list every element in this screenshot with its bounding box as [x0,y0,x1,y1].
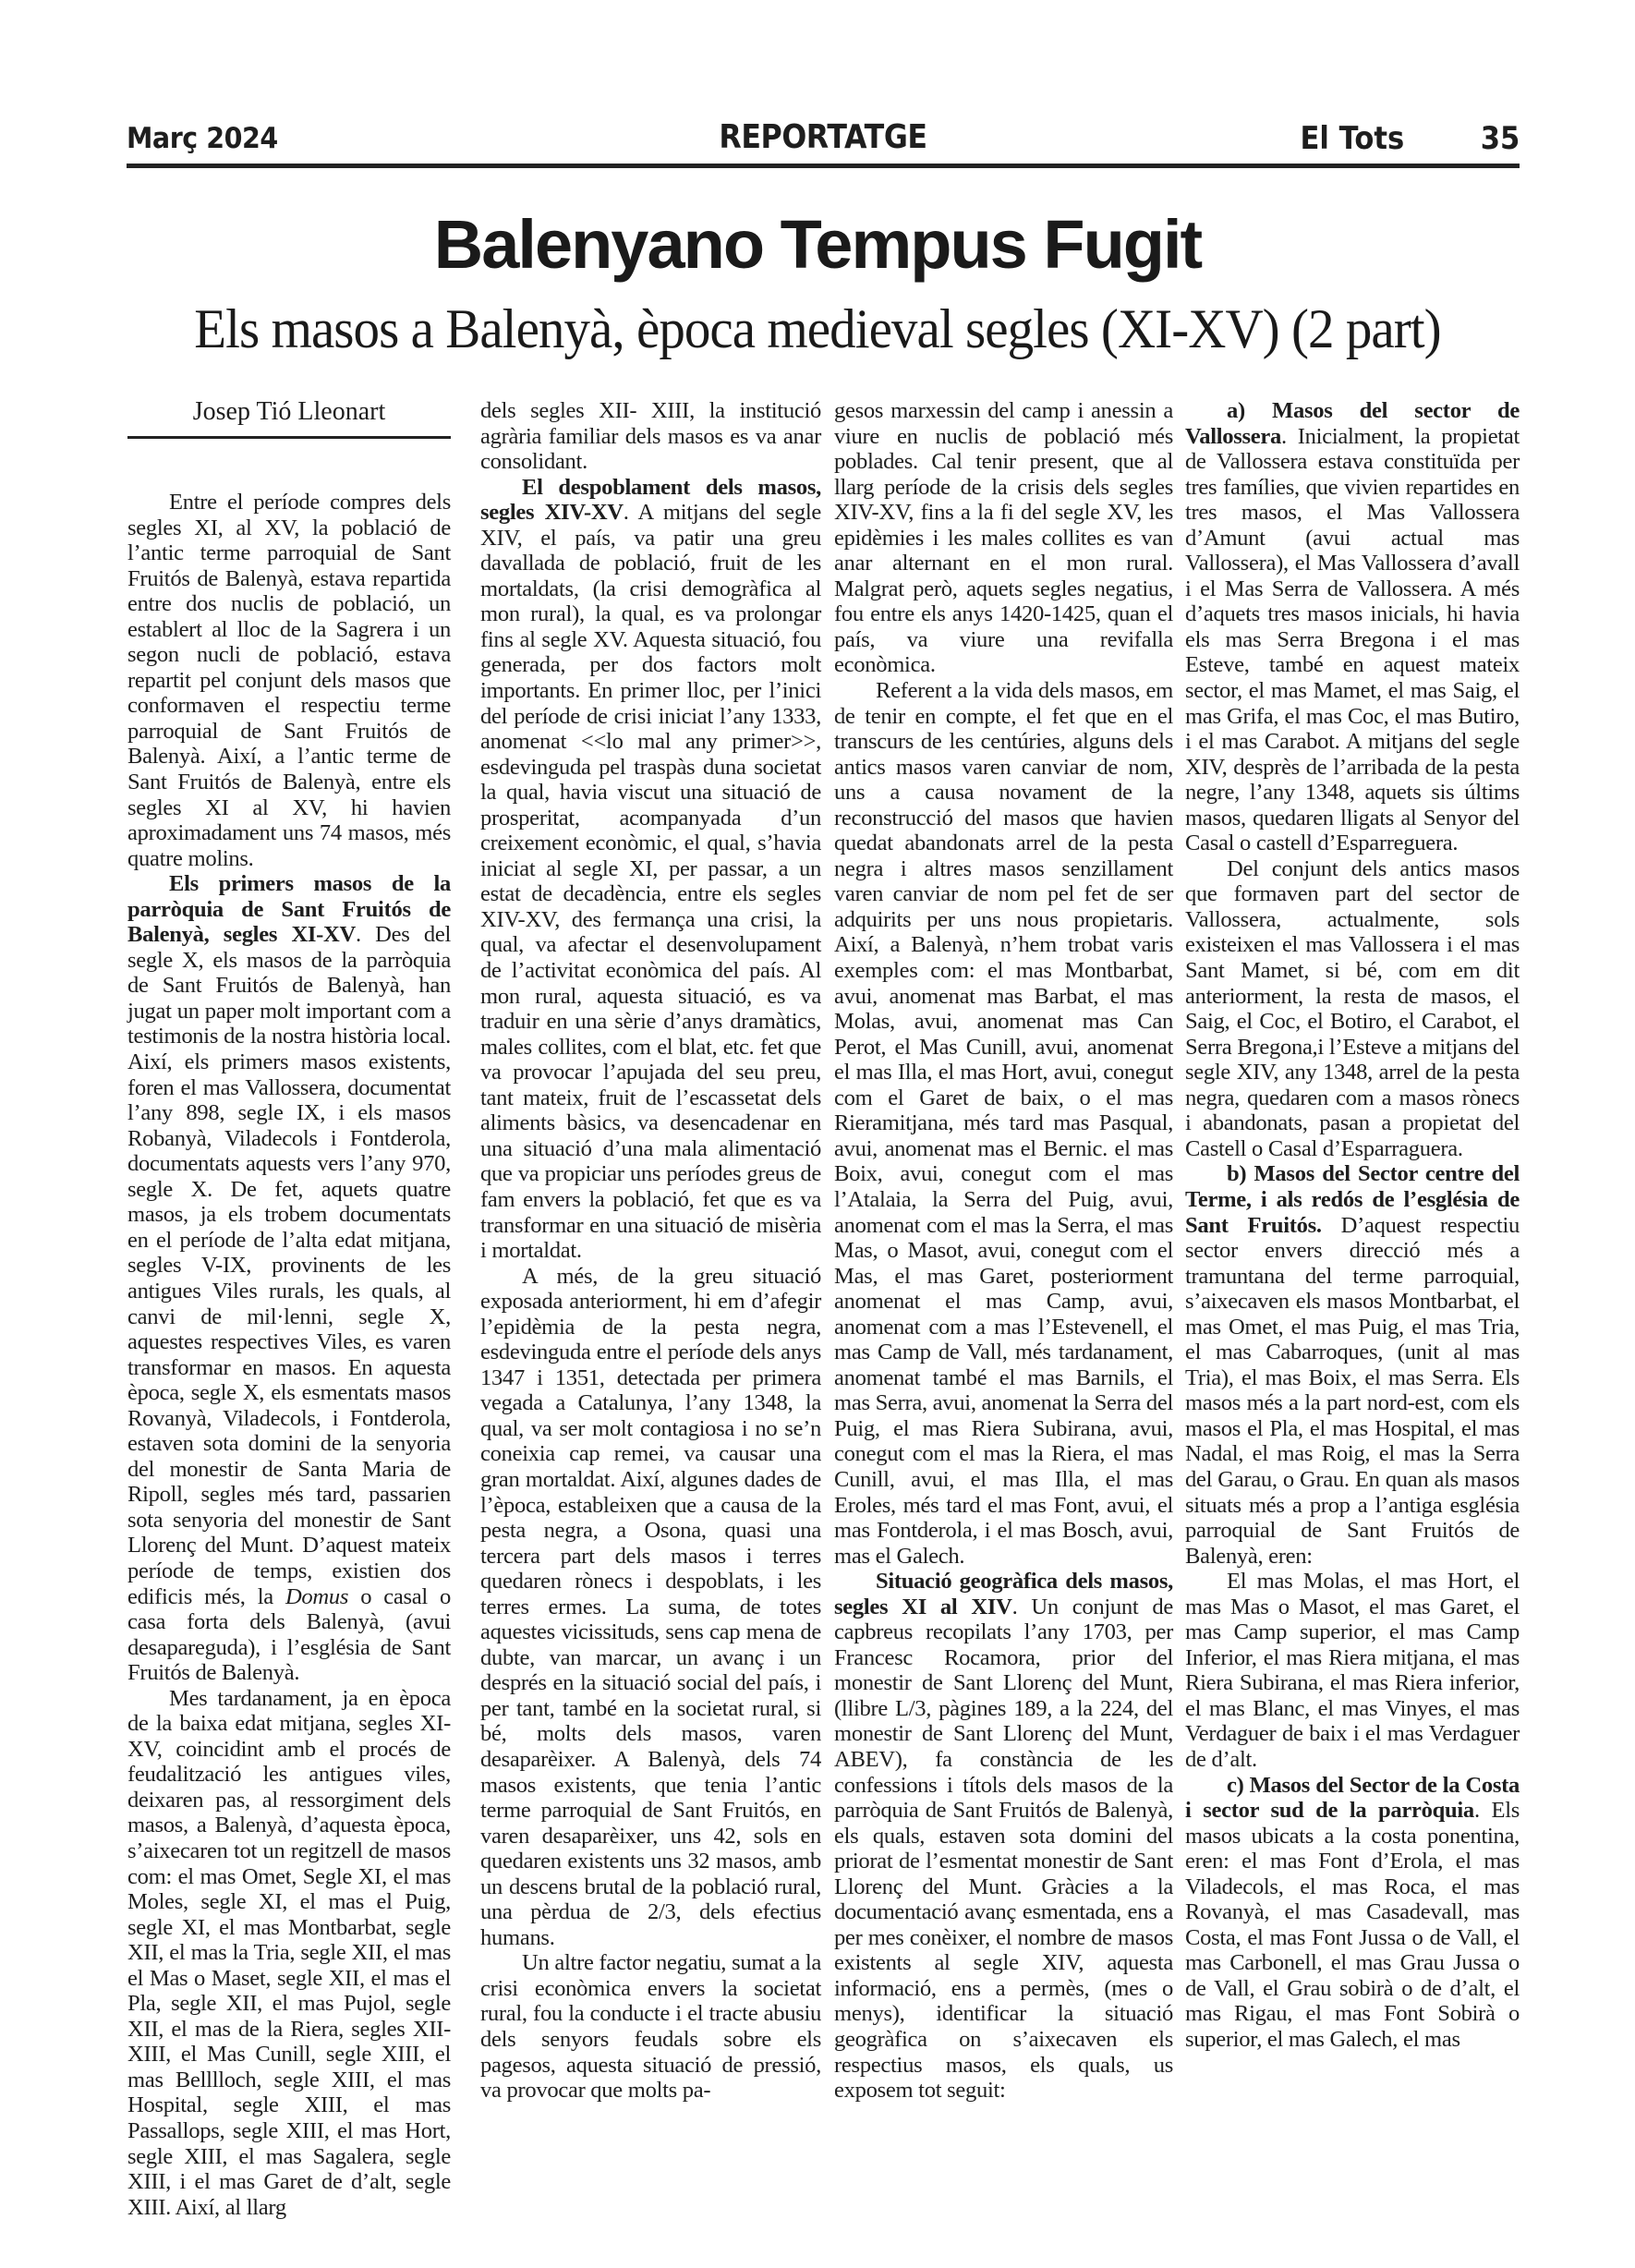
paragraph: Mes tardanament, ja en època de la baixa… [127,1686,451,2220]
article-title: Balenyano Tempus Fugit [0,205,1635,284]
newspaper-page: Març 2024 REPORTATGE El Tots 35 Balenyan… [0,0,1635,2268]
paragraph: Els primers masos de la parròquia de San… [127,871,451,1686]
article-column-3: gesos marxessin del camp i anessin a viu… [834,398,1173,2104]
paragraph: Situació geogràfica dels masos, segles X… [834,1569,1173,2103]
paragraph: El despoblament dels masos, segles XIV-X… [480,475,821,1264]
article-column-2: dels segles XII- XIII, la institució agr… [480,398,821,2104]
section-name: REPORTATGE [210,118,1435,156]
section-heading: c) Masos del Sector de la Costa i sector… [1185,1773,1520,1824]
article-column-1: Entre el període compres dels segles XI,… [127,490,451,2220]
publication-name: El Tots [1300,120,1404,157]
paragraph: A més, de la greu situació exposada ante… [480,1264,821,1951]
paragraph: Del conjunt dels antics masos que formav… [1185,856,1520,1162]
byline-rule [127,436,451,439]
paragraph: b) Masos del Sector centre del Terme, i … [1185,1161,1520,1569]
paragraph: gesos marxessin del camp i anessin a viu… [834,398,1173,678]
paragraph: a) Masos del sector de Vallossera. Inici… [1185,398,1520,856]
paragraph: c) Masos del Sector de la Costa i sector… [1185,1773,1520,2053]
paragraph: Un altre factor negatiu, sumat a la cris… [480,1950,821,2103]
paragraph: dels segles XII- XIII, la institució agr… [480,398,821,475]
header-rule [127,164,1520,168]
article-column-4: a) Masos del sector de Vallossera. Inici… [1185,398,1520,2053]
italic-term: Domus [285,1584,348,1609]
paragraph: Referent a la vida dels masos, em de ten… [834,678,1173,1569]
page-header: Març 2024 REPORTATGE El Tots 35 [127,118,1520,161]
article-subtitle: Els masos a Balenyà, època medieval segl… [41,297,1594,361]
page-number: 35 [1480,120,1520,157]
paragraph: El mas Molas, el mas Hort, el mas Mas o … [1185,1569,1520,1772]
paragraph: Entre el període compres dels segles XI,… [127,490,451,871]
author-byline: Josep Tió Lleonart [127,397,451,427]
